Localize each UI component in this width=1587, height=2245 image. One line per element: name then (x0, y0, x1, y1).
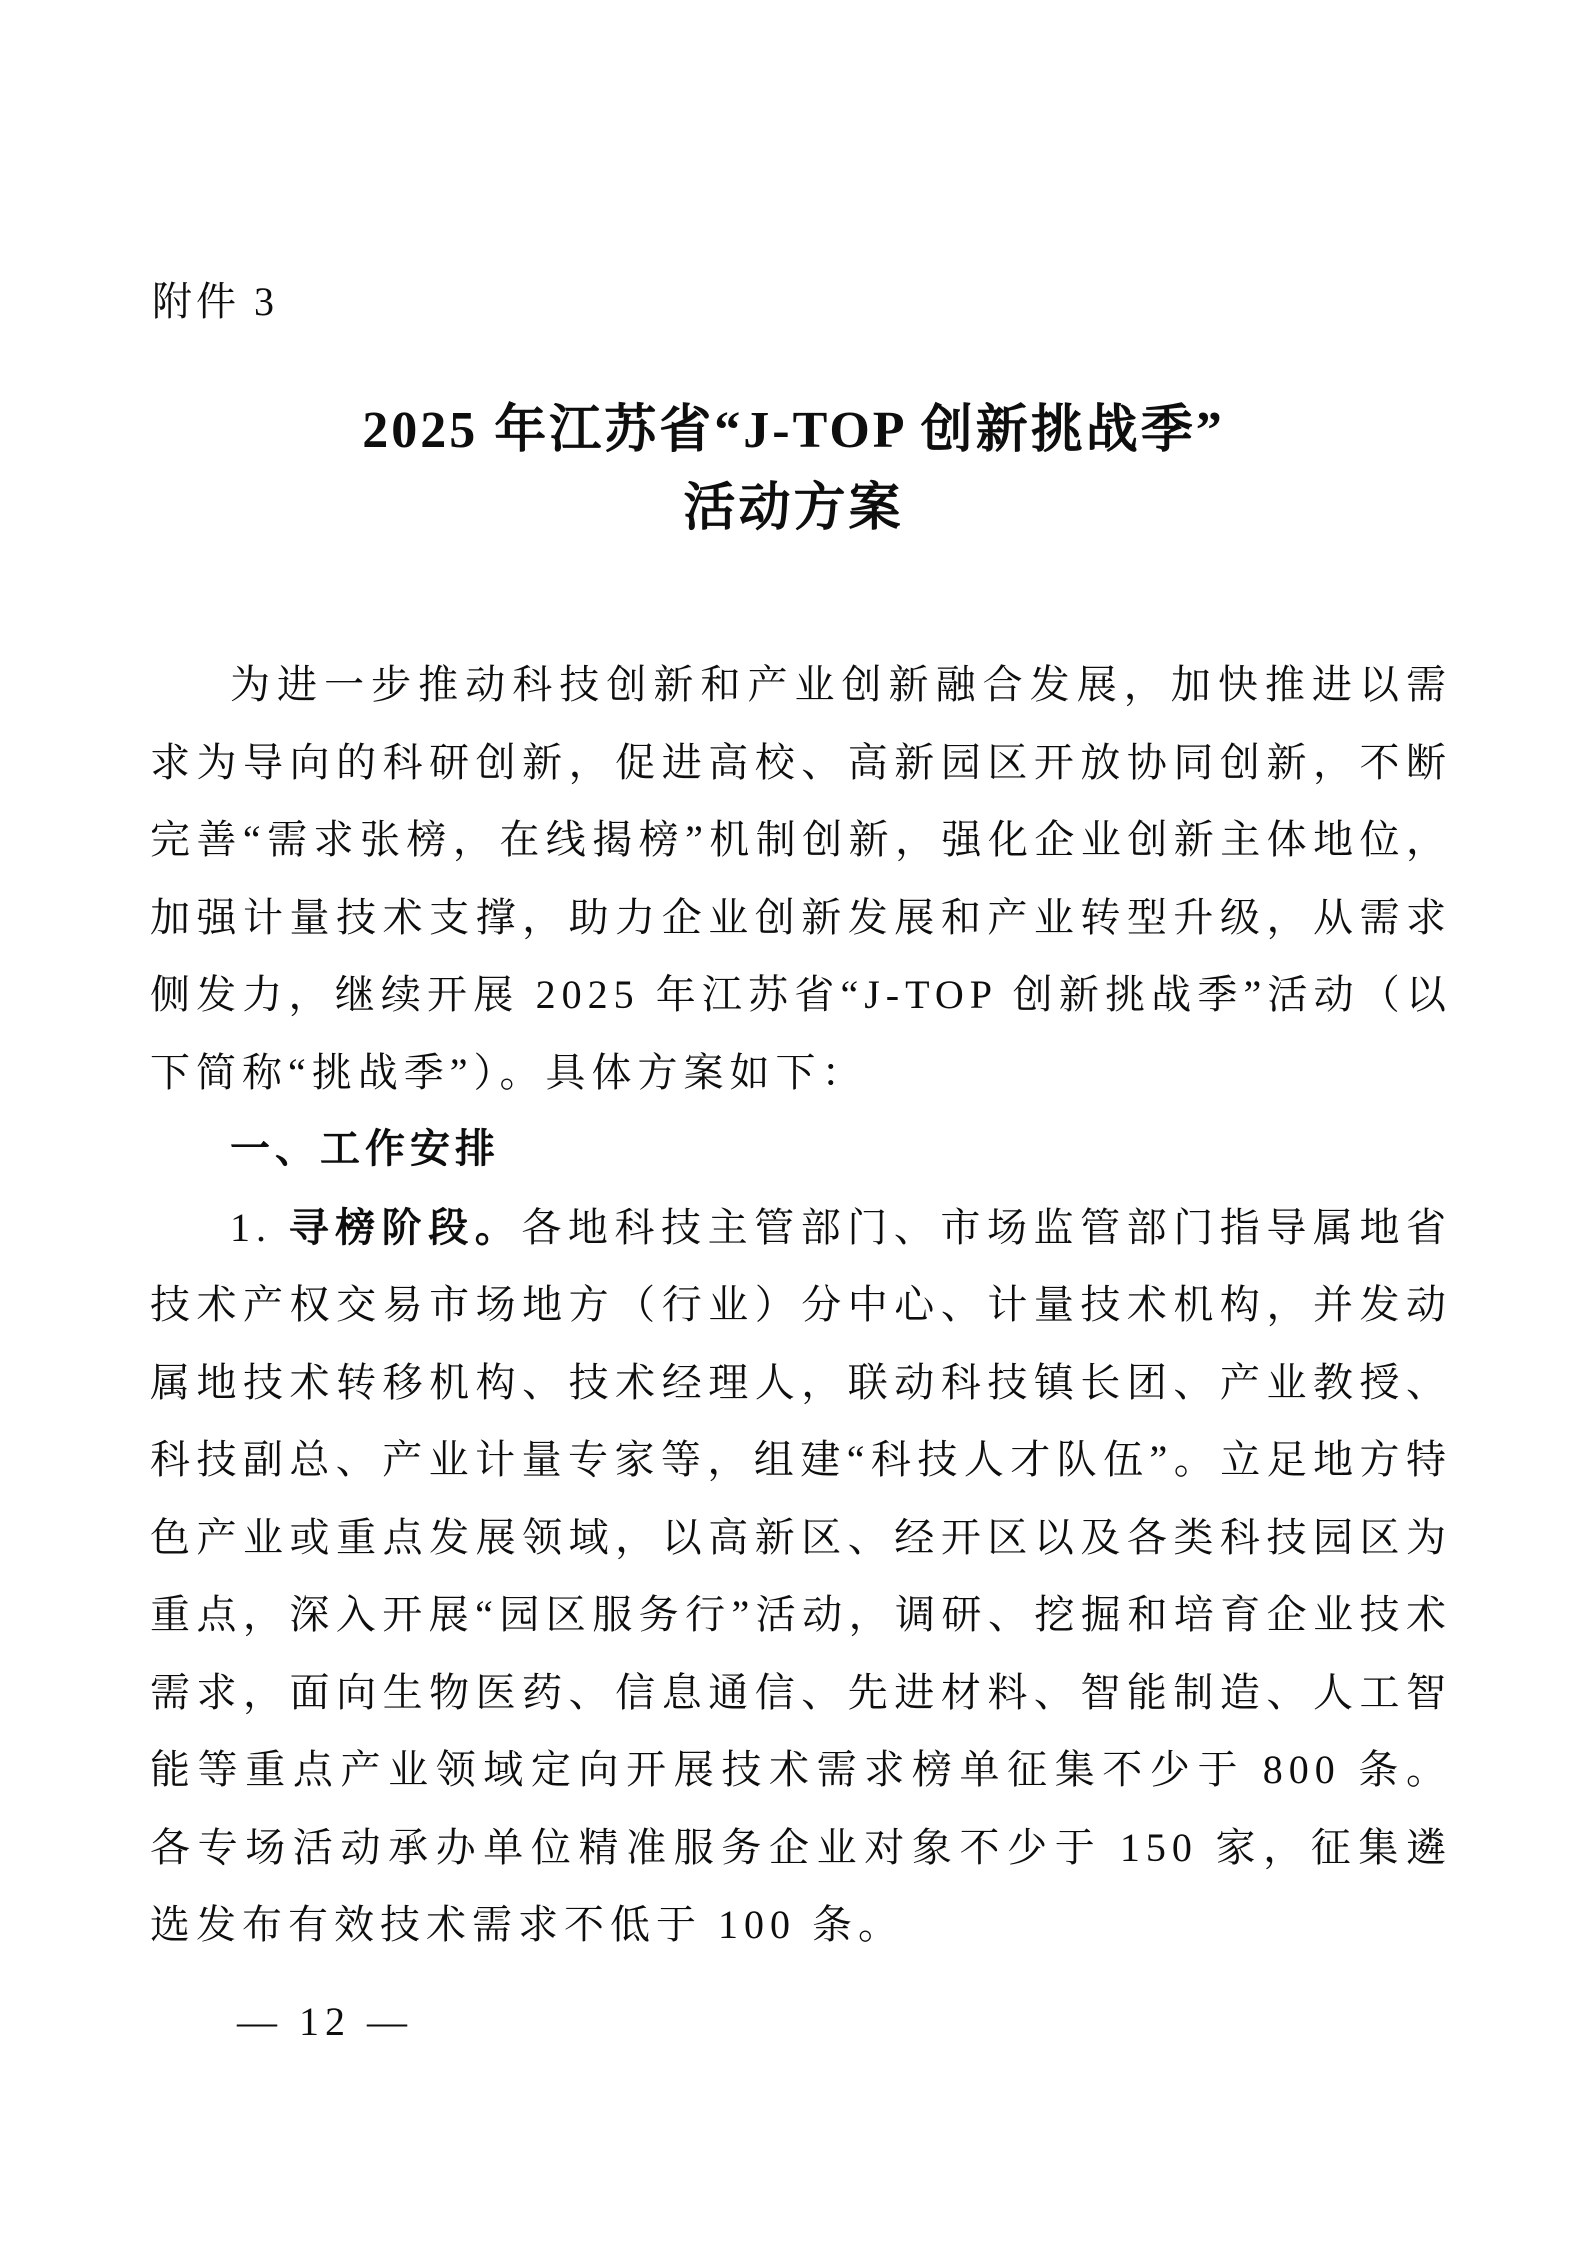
document-page: 附件 3 2025 年江苏省“J-TOP 创新挑战季” 活动方案 为进一步推动科… (0, 0, 1587, 2245)
title-line-1: 2025 年江苏省“J-TOP 创新挑战季” (0, 392, 1587, 470)
work-item-1: 1. 寻榜阶段。各地科技主管部门、市场监管部门指导属地省技术产权交易市场地方（行… (150, 1189, 1452, 1964)
intro-paragraph: 为进一步推动科技创新和产业创新融合发展，加快推进以需求为导向的科研创新，促进高校… (150, 646, 1452, 1111)
attachment-label: 附件 3 (152, 270, 278, 327)
document-body: 为进一步推动科技创新和产业创新融合发展，加快推进以需求为导向的科研创新，促进高校… (150, 646, 1452, 1964)
section-heading-work-arrangement: 一、工作安排 (150, 1111, 1452, 1189)
page-number-footer: — 12 — (237, 1998, 413, 2045)
document-title: 2025 年江苏省“J-TOP 创新挑战季” 活动方案 (0, 392, 1587, 548)
work-item-1-text: 各地科技主管部门、市场监管部门指导属地省技术产权交易市场地方（行业）分中心、计量… (150, 1205, 1452, 1948)
title-line-2: 活动方案 (0, 470, 1587, 548)
work-item-1-number: 1. (230, 1205, 289, 1250)
work-item-1-lead: 寻榜阶段。 (289, 1205, 522, 1250)
